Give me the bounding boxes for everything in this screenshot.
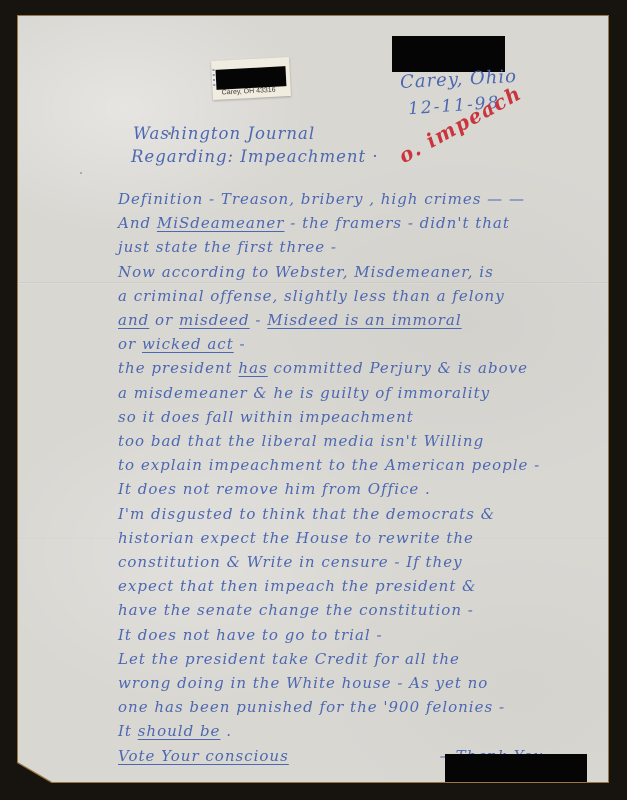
text-segment: misdeed	[179, 311, 250, 329]
text-segment: Vote Your conscious	[118, 747, 289, 765]
text-segment: just state the first three -	[118, 238, 337, 256]
red-impeach-annotation: o. impeach	[394, 81, 526, 168]
address-label-sticker: Carey, OH 43316	[211, 57, 291, 100]
text-segment: has	[238, 359, 267, 377]
text-segment: -	[250, 311, 268, 329]
text-segment: Let the president take Credit for all th…	[118, 650, 460, 668]
scan-background: { "colors": { "background": "#17140f", "…	[0, 0, 627, 800]
letter-line: constitution & Write in censure - If the…	[118, 550, 602, 574]
dust-speck	[80, 172, 82, 174]
text-segment: It does not have to go to trial -	[118, 626, 383, 644]
text-segment: wrong doing in the White house - As yet …	[118, 674, 488, 692]
text-segment: constitution & Write in censure - If the…	[118, 553, 463, 571]
letter-line: have the senate change the constitution …	[118, 598, 602, 622]
letter-body: Definition - Treason, bribery , high cri…	[118, 187, 602, 768]
text-segment: have the senate change the constitution …	[118, 601, 474, 619]
text-segment: or	[149, 311, 179, 329]
letter-line: just state the first three -	[118, 235, 602, 259]
letter-line: and or misdeed - Misdeed is an immoral	[118, 308, 602, 332]
vote-conscience-text: Vote Your conscious	[118, 744, 289, 768]
letter-line: a misdemeaner & he is guilty of immorali…	[118, 381, 602, 405]
letter-line: wrong doing in the White house - As yet …	[118, 671, 602, 695]
letter-line: or wicked act -	[118, 332, 602, 356]
text-segment: expect that then impeach the president &	[118, 577, 476, 595]
letter-line: It does not remove him from Office .	[118, 477, 602, 501]
label-redaction-bar	[215, 66, 286, 90]
text-segment: so it does fall within impeachment	[118, 408, 414, 426]
letter-line: one has been punished for the '900 felon…	[118, 695, 602, 719]
letter-line: And MiSdeameaner - the framers - didn't …	[118, 211, 602, 235]
text-segment: -	[234, 335, 246, 353]
text-segment: and	[118, 311, 149, 329]
letter-line: It does not have to go to trial -	[118, 623, 602, 647]
text-segment: a criminal offense, slightly less than a…	[118, 287, 505, 305]
text-segment: Misdeed is an immoral	[267, 311, 461, 329]
redaction-box-signature	[445, 754, 587, 783]
letter-paper-edge: Carey, OH 43316 Carey, Ohio 12-11-98 o. …	[17, 15, 609, 783]
text-segment: MiSdeameaner	[157, 214, 285, 232]
letter-line: Definition - Treason, bribery , high cri…	[118, 187, 602, 211]
label-printed-text: Carey, OH 43316	[222, 87, 276, 97]
recipient-name: Washington Journal	[133, 124, 315, 143]
text-segment: to explain impeachment to the American p…	[118, 456, 540, 474]
letter-line: I'm disgusted to think that the democrat…	[118, 502, 602, 526]
text-segment: I'm disgusted to think that the democrat…	[118, 505, 495, 523]
text-segment: a misdemeaner & he is guilty of immorali…	[118, 384, 490, 402]
text-segment: Now according to Webster, Misdemeaner, i…	[118, 263, 494, 281]
letter-line: It should be .	[118, 719, 602, 743]
text-segment: historian expect the House to rewrite th…	[118, 529, 474, 547]
text-segment: .	[220, 722, 232, 740]
letter-line: so it does fall within impeachment	[118, 405, 602, 429]
letter-line: a criminal offense, slightly less than a…	[118, 284, 602, 308]
letter-line: Let the president take Credit for all th…	[118, 647, 602, 671]
text-segment: - the framers - didn't that	[284, 214, 509, 232]
text-segment: Definition - Treason, bribery , high cri…	[118, 190, 525, 208]
text-segment: should be	[138, 722, 221, 740]
subject-line: Regarding: Impeachment ·	[131, 147, 379, 166]
text-segment: the president	[118, 359, 238, 377]
text-segment: And	[118, 214, 157, 232]
letter-paper: Carey, OH 43316 Carey, Ohio 12-11-98 o. …	[18, 16, 608, 782]
letter-line: Now according to Webster, Misdemeaner, i…	[118, 260, 602, 284]
text-segment: too bad that the liberal media isn't Wil…	[118, 432, 484, 450]
letter-line: expect that then impeach the president &	[118, 574, 602, 598]
text-segment: wicked act	[142, 335, 234, 353]
letter-line: too bad that the liberal media isn't Wil…	[118, 429, 602, 453]
text-segment: committed Perjury & is above	[268, 359, 528, 377]
letter-line: to explain impeachment to the American p…	[118, 453, 602, 477]
text-segment: It does not remove him from Office .	[118, 480, 431, 498]
text-segment: or	[118, 335, 142, 353]
letter-line: historian expect the House to rewrite th…	[118, 526, 602, 550]
letter-line: the president has committed Perjury & is…	[118, 356, 602, 380]
text-segment: one has been punished for the '900 felon…	[118, 698, 505, 716]
text-segment: It	[118, 722, 138, 740]
